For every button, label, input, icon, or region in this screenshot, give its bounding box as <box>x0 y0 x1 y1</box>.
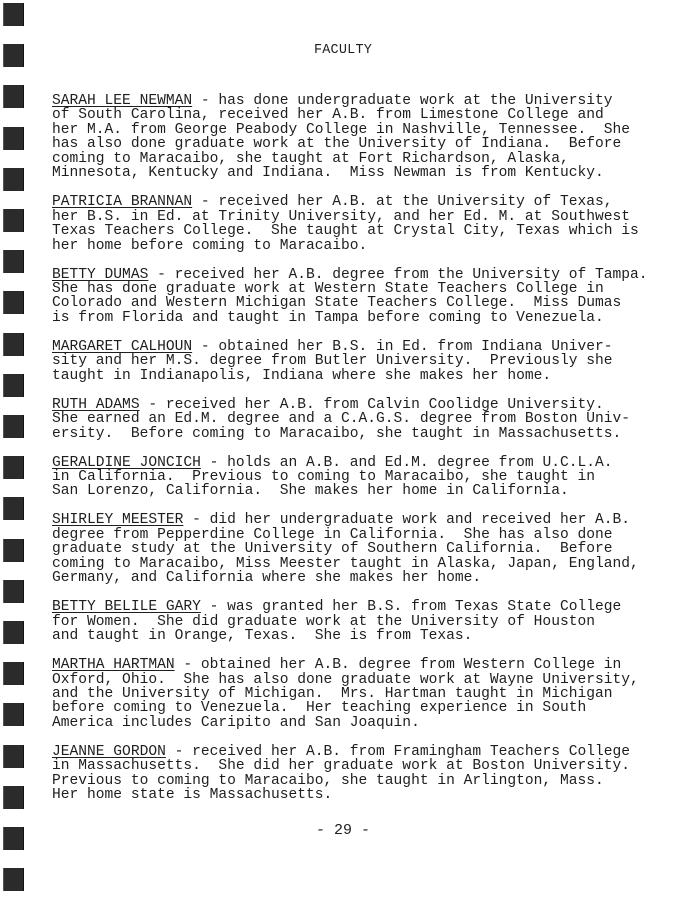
faculty-entry: JEANNE GORDON - received her A.B. from F… <box>52 745 682 803</box>
binding-holes <box>0 0 30 900</box>
entry-text: - was granted her B.S. from Texas State … <box>201 599 621 615</box>
binding-hole <box>3 3 24 26</box>
binding-hole <box>3 168 24 191</box>
entry-line: PATRICIA BRANNAN - received her A.B. at … <box>52 195 682 209</box>
entry-line: Minnesota, Kentucky and Indiana. Miss Ne… <box>52 166 682 180</box>
entry-line: San Lorenzo, California. She makes her h… <box>52 484 682 498</box>
binding-hole <box>3 868 24 891</box>
entry-line: Oxford, Ohio. She has also done graduate… <box>52 673 682 687</box>
binding-hole <box>3 374 24 397</box>
entry-line: Previous to coming to Maracaibo, she tau… <box>52 774 682 788</box>
binding-hole <box>3 250 24 273</box>
entry-line: Texas Teachers College. She taught at Cr… <box>52 224 682 238</box>
binding-hole <box>3 745 24 768</box>
entry-line: She has done graduate work at Western St… <box>52 282 682 296</box>
entry-line: America includes Caripito and San Joaqui… <box>52 716 682 730</box>
entry-line: MARTHA HARTMAN - obtained her A.B. degre… <box>52 658 682 672</box>
entry-line: BETTY DUMAS - received her A.B. degree f… <box>52 268 682 282</box>
entry-line: MARGARET CALHOUN - obtained her B.S. in … <box>52 340 682 354</box>
faculty-entry: GERALDINE JONCICH - holds an A.B. and Ed… <box>52 456 682 499</box>
binding-hole <box>3 662 24 685</box>
binding-hole <box>3 127 24 150</box>
entry-line: of South Carolina, received her A.B. fro… <box>52 108 682 122</box>
entry-line: SARAH LEE NEWMAN - has done undergraduat… <box>52 94 682 108</box>
binding-hole <box>3 580 24 603</box>
binding-hole <box>3 456 24 479</box>
entry-line: before coming to Venezuela. Her teaching… <box>52 701 682 715</box>
entry-line: graduate study at the University of Sout… <box>52 542 682 556</box>
page-title: FACULTY <box>0 43 686 58</box>
binding-hole <box>3 209 24 232</box>
entry-line: ersity. Before coming to Maracaibo, she … <box>52 427 682 441</box>
entry-line: degree from Pepperdine College in Califo… <box>52 528 682 542</box>
faculty-list: SARAH LEE NEWMAN - has done undergraduat… <box>52 94 682 817</box>
faculty-name: MARTHA HARTMAN <box>52 657 175 673</box>
entry-line: her home before coming to Maracaibo. <box>52 239 682 253</box>
faculty-entry: MARGARET CALHOUN - obtained her B.S. in … <box>52 340 682 383</box>
page-number: - 29 - <box>0 822 686 839</box>
binding-hole <box>3 85 24 108</box>
entry-line: is from Florida and taught in Tampa befo… <box>52 311 682 325</box>
entry-line: and taught in Orange, Texas. She is from… <box>52 629 682 643</box>
binding-hole <box>3 415 24 438</box>
binding-hole <box>3 497 24 520</box>
entry-line: coming to Maracaibo, Miss Meester taught… <box>52 557 682 571</box>
entry-line: in Massachusetts. She did her graduate w… <box>52 759 682 773</box>
entry-text: - received her A.B. at the University of… <box>192 194 612 210</box>
entry-line: coming to Maracaibo, she taught at Fort … <box>52 152 682 166</box>
entry-line: She earned an Ed.M. degree and a C.A.G.S… <box>52 412 682 426</box>
faculty-name: PATRICIA BRANNAN <box>52 194 192 210</box>
binding-hole <box>3 786 24 809</box>
entry-line: in California. Previous to coming to Mar… <box>52 470 682 484</box>
entry-line: RUTH ADAMS - received her A.B. from Calv… <box>52 398 682 412</box>
faculty-entry: BETTY DUMAS - received her A.B. degree f… <box>52 268 682 326</box>
entry-line: has also done graduate work at the Unive… <box>52 137 682 151</box>
entry-line: BETTY BELILE GARY - was granted her B.S.… <box>52 600 682 614</box>
faculty-entry: BETTY BELILE GARY - was granted her B.S.… <box>52 600 682 643</box>
entry-line: SHIRLEY MEESTER - did her undergraduate … <box>52 513 682 527</box>
entry-line: JEANNE GORDON - received her A.B. from F… <box>52 745 682 759</box>
entry-line: her B.S. in Ed. at Trinity University, a… <box>52 210 682 224</box>
entry-line: her M.A. from George Peabody College in … <box>52 123 682 137</box>
entry-text: - obtained her A.B. degree from Western … <box>175 657 622 673</box>
entry-line: and the University of Michigan. Mrs. Har… <box>52 687 682 701</box>
faculty-name: BETTY BELILE GARY <box>52 599 201 615</box>
faculty-entry: RUTH ADAMS - received her A.B. from Calv… <box>52 398 682 441</box>
entry-line: taught in Indianapolis, Indiana where sh… <box>52 369 682 383</box>
faculty-entry: SHIRLEY MEESTER - did her undergraduate … <box>52 513 682 585</box>
faculty-entry: SARAH LEE NEWMAN - has done undergraduat… <box>52 94 682 181</box>
binding-hole <box>3 703 24 726</box>
entry-line: sity and her M.S. degree from Butler Uni… <box>52 354 682 368</box>
binding-hole <box>3 621 24 644</box>
binding-hole <box>3 333 24 356</box>
entry-line: Germany, and California where she makes … <box>52 571 682 585</box>
entry-line: for Women. She did graduate work at the … <box>52 615 682 629</box>
entry-line: Her home state is Massachusetts. <box>52 788 682 802</box>
entry-line: GERALDINE JONCICH - holds an A.B. and Ed… <box>52 456 682 470</box>
entry-line: Colorado and Western Michigan State Teac… <box>52 296 682 310</box>
faculty-entry: MARTHA HARTMAN - obtained her A.B. degre… <box>52 658 682 730</box>
faculty-entry: PATRICIA BRANNAN - received her A.B. at … <box>52 195 682 253</box>
binding-hole <box>3 539 24 562</box>
binding-hole <box>3 291 24 314</box>
